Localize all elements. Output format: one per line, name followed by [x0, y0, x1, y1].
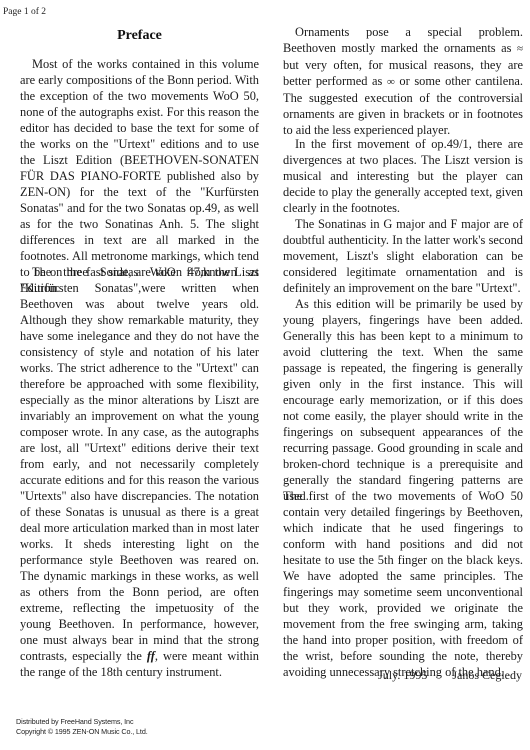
fortissimo-marking: ff — [147, 649, 155, 663]
signature-line: July. 1995 Janos Cegledy — [378, 668, 522, 683]
paragraph-kurfursten-body: The three Sonatas WoO 47,known as "Kurfü… — [20, 265, 259, 663]
paragraph-kurfursten: The three Sonatas WoO 47,known as "Kurfü… — [20, 264, 259, 680]
signature-date: July. 1995 — [378, 668, 427, 683]
footer: Distributed by FreeHand Systems, Inc Cop… — [16, 717, 148, 737]
paragraph-intro: Most of the works contained in this volu… — [20, 56, 259, 296]
page-title: Preface — [20, 28, 259, 44]
paragraph-fingerings: As this edition will be primarily be use… — [283, 296, 523, 504]
paragraph-kurfursten-tail-a: especially the — [72, 649, 147, 663]
signature-author: Janos Cegledy — [452, 668, 522, 683]
footer-distributor: Distributed by FreeHand Systems, Inc — [16, 717, 148, 727]
paragraph-ornaments: Ornaments pose a special problem. Beetho… — [283, 24, 523, 138]
ornaments-text-1: Ornaments pose a special problem. Beetho… — [283, 25, 523, 55]
footer-copyright: Copyright © 1995 ZEN-ON Music Co., Ltd. — [16, 727, 148, 737]
paragraph-op49: In the first movement of op.49/1, there … — [283, 136, 523, 216]
page-label: Page 1 of 2 — [3, 7, 46, 17]
mordent-icon: ≈ — [517, 43, 523, 55]
turn-icon: ∞ — [387, 76, 395, 88]
paragraph-woo50: The first of the two movements of WoO 50… — [283, 488, 523, 680]
paragraph-sonatinas: The Sonatinas in G major and F major are… — [283, 216, 523, 296]
